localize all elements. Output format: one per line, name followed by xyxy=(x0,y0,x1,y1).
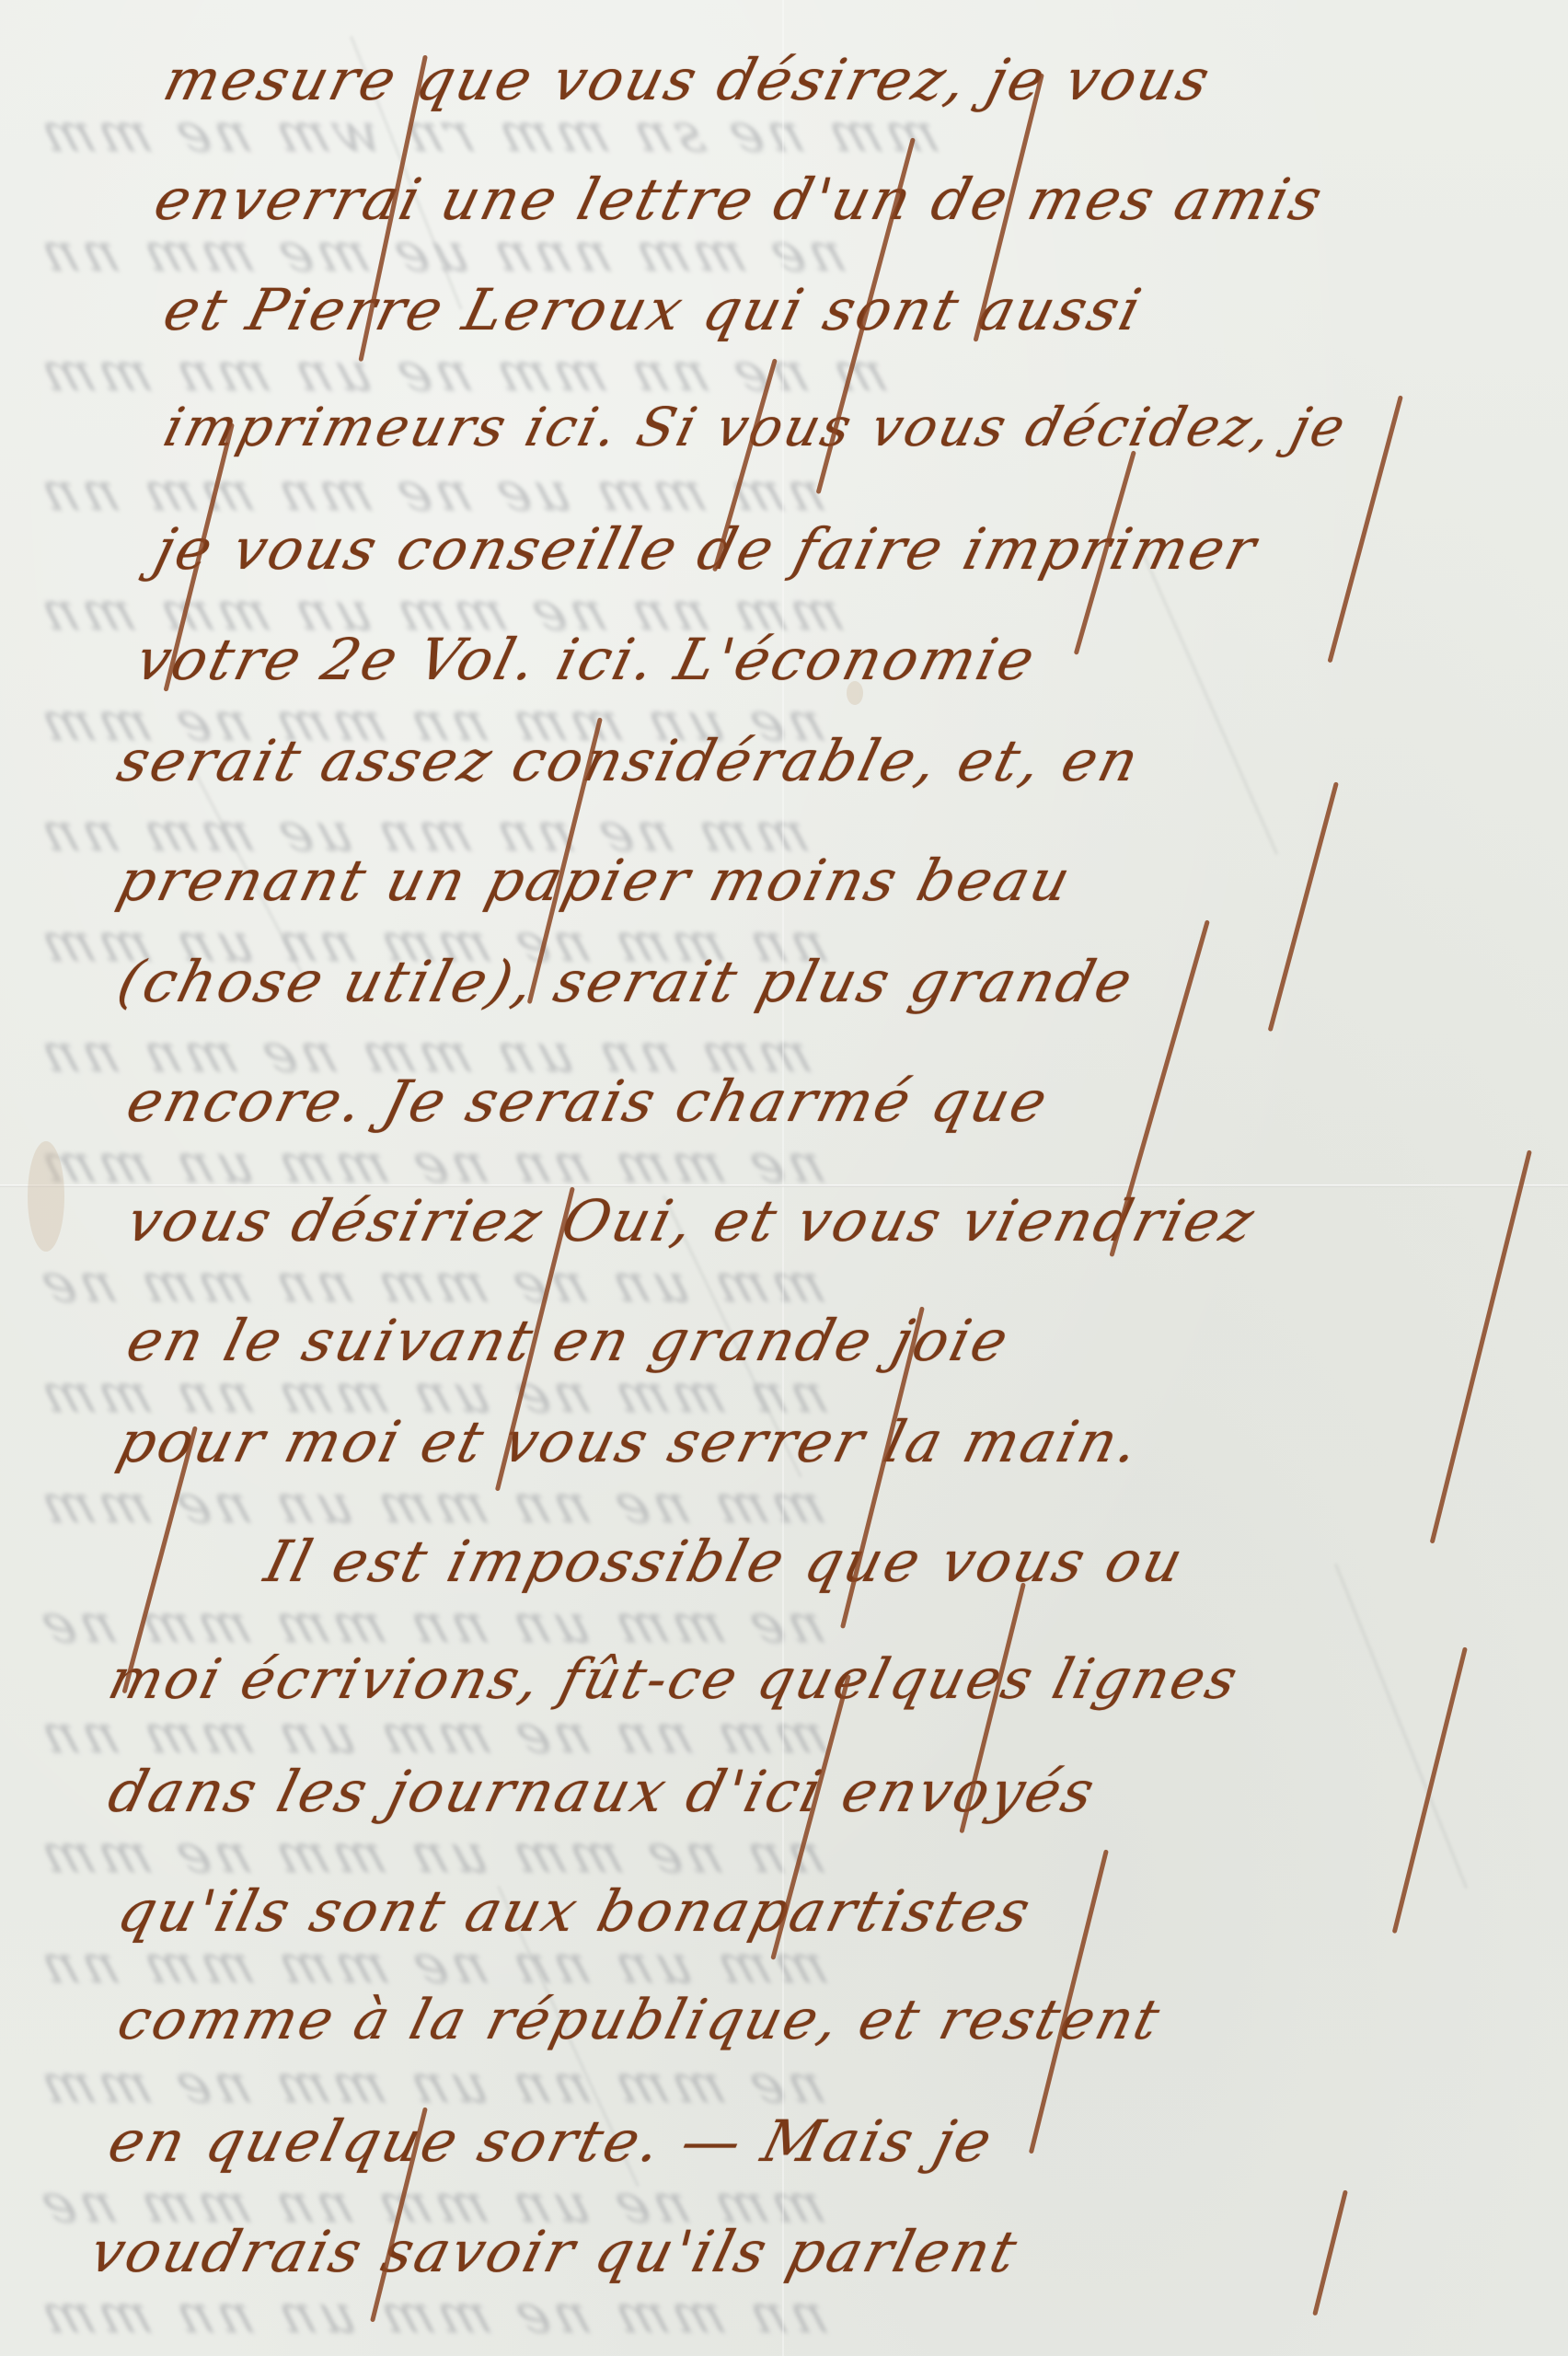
handwritten-line-7: serait assez considérable, et, en xyxy=(111,727,1147,794)
handwritten-line-19: en quelque sorte. — Mais je xyxy=(102,2108,1001,2175)
handwritten-line-18: comme à la république, et restent xyxy=(111,1988,1168,2052)
letter-page: mm ne sn mm rn wm ne mm ne mm nnn ue me … xyxy=(0,0,1568,2356)
bleed-line: mm un ne mm nn mm ne xyxy=(27,1252,832,1314)
handwritten-line-13: pour moi et vous serrer la main. xyxy=(111,1408,1148,1475)
handwritten-line-10: encore. Je serais charmé que xyxy=(121,1068,1056,1135)
bleed-stroke xyxy=(1141,551,1278,855)
handwritten-line-11: vous désiriez Oui, et vous viendriez xyxy=(121,1187,1263,1254)
handwritten-line-16: dans les journaux d'ici envoyés xyxy=(102,1758,1103,1825)
bleed-line: nn mm ne mm un nn mm xyxy=(27,2282,836,2345)
handwritten-line-20: voudrais savoir qu'ils parlent xyxy=(84,2218,1026,2285)
bleed-line: nm mm ue ne mn mm nn xyxy=(27,460,832,523)
handwritten-line-8: prenant un papier moins beau xyxy=(111,847,1079,914)
handwritten-line-17: qu'ils sont aux bonapartistes xyxy=(111,1877,1040,1945)
bleed-line: nn ne mm un mm ne mm xyxy=(27,1822,832,1885)
handwritten-line-1: mesure que vous désirez, je vous xyxy=(157,46,1218,113)
handwritten-line-14: Il est impossible que vous ou xyxy=(259,1528,1192,1595)
paper-stain xyxy=(28,1141,64,1252)
bleed-line: mm ne nn mm un ne mm xyxy=(27,1472,832,1535)
handwritten-line-2: enverrai une lettre d'un de mes amis xyxy=(148,166,1332,233)
handwritten-line-15: moi écrivions, fût-ce quelques lignes xyxy=(102,1647,1246,1712)
handwritten-line-6: votre 2e Vol. ici. L'économie xyxy=(130,626,1043,693)
bleed-line: mm nn ne mm un mm nn xyxy=(27,1703,836,1765)
bleed-line: ne mm nn un mm ne mm xyxy=(27,2052,832,2115)
handwritten-line-9: (chose utile), serait plus grande xyxy=(111,948,1142,1015)
handwritten-line-12: en le suivant en grande joie xyxy=(121,1307,1018,1374)
handwritten-line-3: et Pierre Leroux qui sont aussi xyxy=(157,276,1150,343)
